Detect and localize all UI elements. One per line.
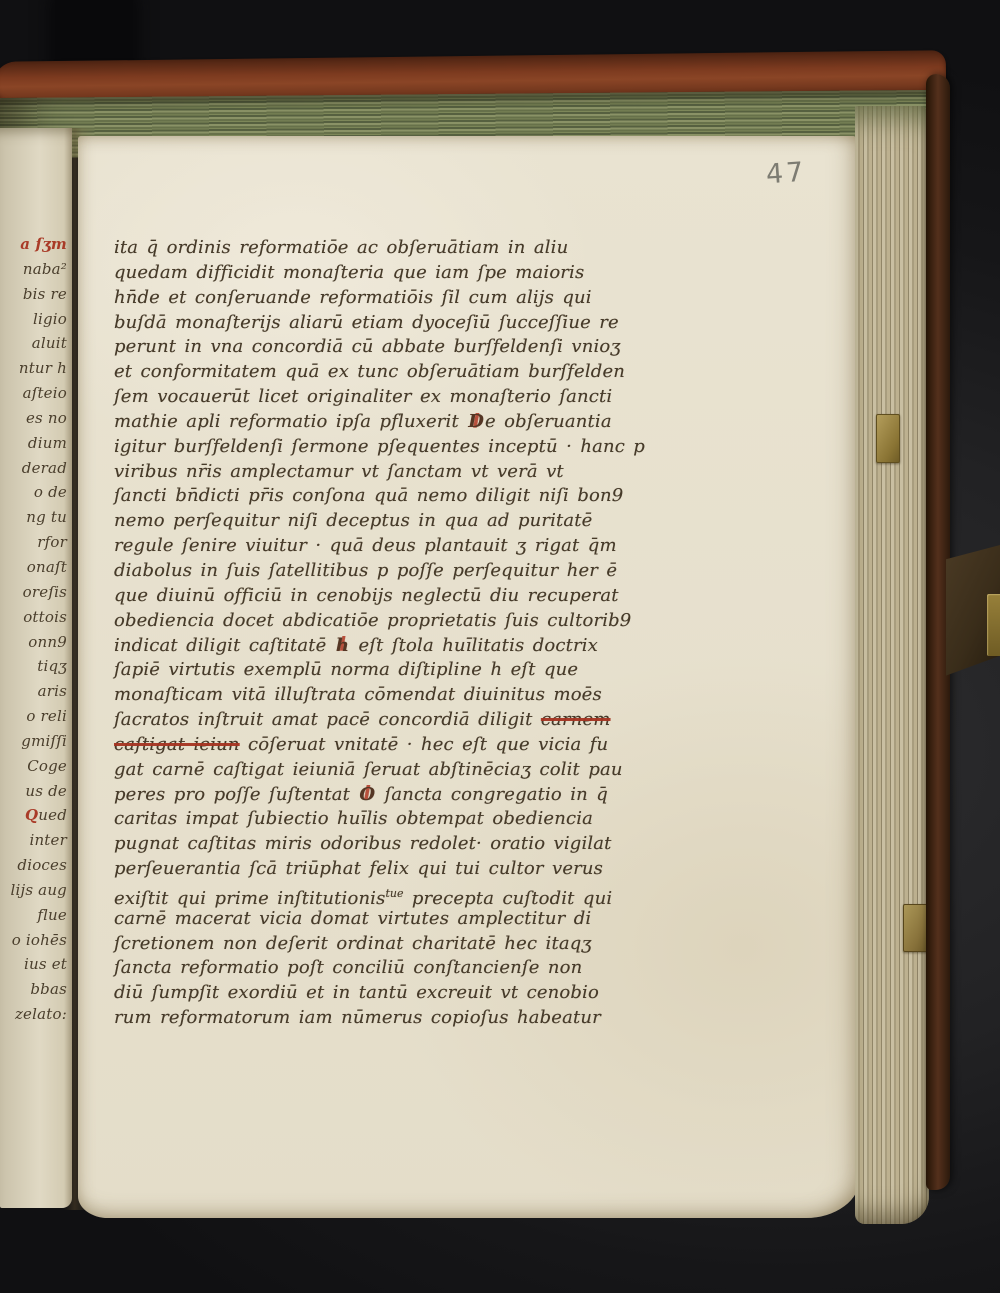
brass-bookmark-tab: [876, 414, 900, 463]
text-line: igitur burſfeldenſi ſermone pſequentes i…: [114, 435, 672, 460]
verso-fragment: aſteio: [0, 381, 67, 406]
verso-fragment: dium: [0, 431, 67, 456]
clasp-brass-fitting: [987, 594, 1000, 656]
verso-fragment: ntur h: [0, 356, 67, 381]
verso-fragment: ius et: [0, 952, 67, 977]
text-line: ſcretionem non deſerit ordinat charitatē…: [114, 932, 672, 957]
manuscript-photo: a ſʒmnaba²bis religioaluitntur haſteioes…: [0, 0, 1000, 1293]
text-line: diabolus in ſuis ſatellitibus p poſſe pe…: [114, 559, 672, 584]
verso-fragment: bbas: [0, 977, 67, 1002]
text-line: mathie apli reformatio ipſa pfluxerit De…: [114, 410, 672, 435]
manuscript-text-block: ita q̄ ordinis reformatiōe ac obſeruātia…: [114, 236, 672, 1031]
verso-fragment: ottois: [0, 605, 67, 630]
page-number: 47: [765, 157, 807, 191]
verso-fragment: dioces: [0, 853, 67, 878]
verso-fragment: rfor: [0, 530, 67, 555]
verso-fragment: oreſis: [0, 580, 67, 605]
verso-fragment: tiqʒ: [0, 654, 67, 679]
verso-fragment: zelato:: [0, 1002, 67, 1027]
verso-page-sliver: a ſʒmnaba²bis religioaluitntur haſteioes…: [0, 128, 72, 1208]
text-line: perunt in vna concordiā cū abbate burſfe…: [114, 335, 672, 360]
text-line: nemo perſequitur niſi deceptus in qua ad…: [114, 509, 672, 534]
text-line: peres pro poſſe ſuſtentat O ſancta congr…: [114, 783, 672, 808]
verso-fragment: flue: [0, 903, 67, 928]
text-line: diū ſumpſit exordiū et in tantū excreuit…: [114, 981, 672, 1006]
text-line: buſdā monaſterijs aliarū etiam dyoceſiū …: [114, 311, 672, 336]
verso-fragment: Qued: [0, 803, 67, 828]
text-line: ita q̄ ordinis reformatiōe ac obſeruātia…: [114, 236, 672, 261]
verso-fragment: derad: [0, 456, 67, 481]
text-line: caritas impat ſubiectio huīlis obtempat …: [114, 807, 672, 832]
verso-fragment: onaſt: [0, 555, 67, 580]
verso-fragment: ng tu: [0, 505, 67, 530]
verso-fragment: lijs aug: [0, 878, 67, 903]
text-line: caſtigat ieiun cōſeruat vnitatē · hec eſ…: [114, 733, 672, 758]
verso-fragment: naba²: [0, 257, 67, 282]
recto-page: 47 ita q̄ ordinis reformatiōe ac obſeruā…: [78, 136, 860, 1218]
text-line: monaſticam vitā illuſtrata cōmendat diui…: [114, 683, 672, 708]
text-line: exiſtit qui prime inſtitutionistue prece…: [114, 882, 672, 907]
text-line: et conformitatem quā ex tunc obſeruātiam…: [114, 360, 672, 385]
text-line: gat carnē caſtigat ieiuniā ſeruat abſtin…: [114, 758, 672, 783]
text-line: ſancta reformatio poſt conciliū conſtanc…: [114, 956, 672, 981]
text-line: pugnat caſtitas miris odoribus redolet· …: [114, 832, 672, 857]
text-line: hn̄de et conſeruande reformatiōis ſil cu…: [114, 286, 672, 311]
verso-fragment: es no: [0, 406, 67, 431]
text-line: rum reformatorum iam nūmerus copioſus ha…: [114, 1006, 672, 1031]
verso-fragment: Coge: [0, 754, 67, 779]
fore-edge-page-block: [855, 106, 929, 1224]
verso-fragment: gmiſſi: [0, 729, 67, 754]
text-line: obediencia docet abdicatiōe proprietatis…: [114, 609, 672, 634]
verso-fragment: aris: [0, 679, 67, 704]
text-line: carnē macerat vicia domat virtutes ample…: [114, 907, 672, 932]
verso-fragment: inter: [0, 828, 67, 853]
verso-fragment: us de: [0, 779, 67, 804]
verso-fragment: onn9: [0, 630, 67, 655]
text-line: ſapiē virtutis exemplū norma diſtipline …: [114, 658, 672, 683]
text-line: indicat diligit caſtitatē h eſt ſtola hu…: [114, 634, 672, 659]
text-line: ſacratos inſtruit amat pacē concordiā di…: [114, 708, 672, 733]
verso-fragment: a ſʒm: [0, 232, 67, 257]
text-line: viribus nr̄is amplectamur vt ſanctam vt …: [114, 460, 672, 485]
text-line: ſem vocauerūt licet originaliter ex mona…: [114, 385, 672, 410]
verso-fragment: bis re: [0, 282, 67, 307]
text-line: regule ſenire viuitur · quā deus plantau…: [114, 534, 672, 559]
text-line: perſeuerantia ſcā triūphat felix qui tui…: [114, 857, 672, 882]
verso-fragment: o iohēs: [0, 928, 67, 953]
text-line: quedam difficidit monaſteria que iam ſpe…: [114, 261, 672, 286]
verso-fragment: ligio: [0, 307, 67, 332]
verso-fragment: o de: [0, 480, 67, 505]
text-line: ſancti bn̄dicti pr̄is conſona quā nemo d…: [114, 484, 672, 509]
text-line: que diuinū officiū in cenobijs neglectū …: [114, 584, 672, 609]
verso-fragment: o reli: [0, 704, 67, 729]
verso-line-endings: a ſʒmnaba²bis religioaluitntur haſteioes…: [0, 232, 72, 1027]
verso-fragment: aluit: [0, 331, 67, 356]
